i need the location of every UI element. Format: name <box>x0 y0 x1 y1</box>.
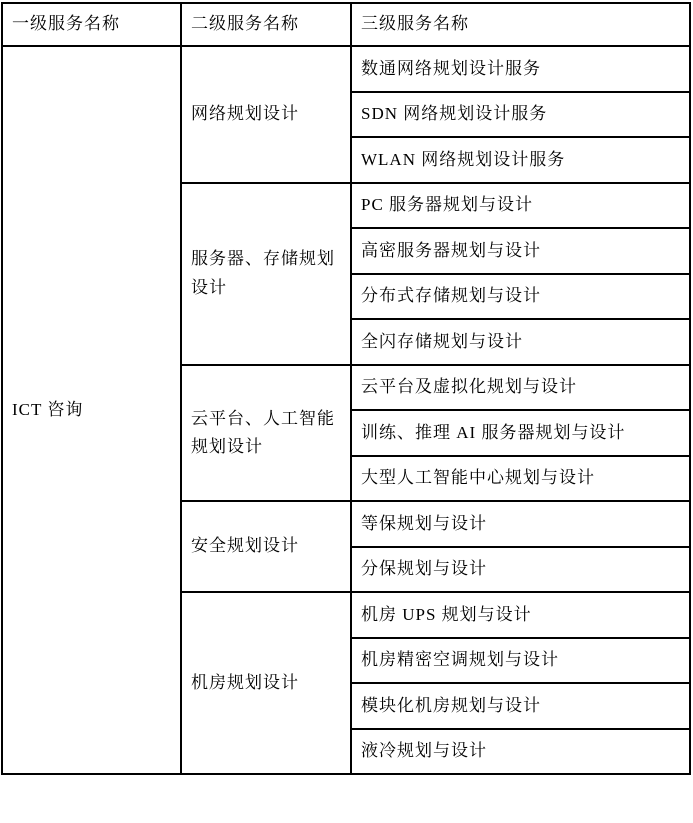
header-level2: 二级服务名称 <box>181 3 351 46</box>
header-level3: 三级服务名称 <box>351 3 690 46</box>
cell-level3-item: 全闪存储规划与设计 <box>351 319 690 365</box>
cell-level3-item: PC 服务器规划与设计 <box>351 183 690 229</box>
cell-level3-item: SDN 网络规划设计服务 <box>351 92 690 138</box>
table-row: ICT 咨询 网络规划设计 数通网络规划设计服务 <box>2 46 690 92</box>
cell-level2-group-1: 服务器、存储规划设计 <box>181 183 351 365</box>
cell-level2-group-0: 网络规划设计 <box>181 46 351 183</box>
header-row: 一级服务名称 二级服务名称 三级服务名称 <box>2 3 690 46</box>
cell-level2-group-2: 云平台、人工智能规划设计 <box>181 365 351 502</box>
cell-level2-group-4: 机房规划设计 <box>181 592 351 774</box>
cell-level3-item: WLAN 网络规划设计服务 <box>351 137 690 183</box>
header-level1: 一级服务名称 <box>2 3 181 46</box>
cell-level3-item: 分保规划与设计 <box>351 547 690 593</box>
cell-level3-item: 云平台及虚拟化规划与设计 <box>351 365 690 411</box>
cell-level3-item: 分布式存储规划与设计 <box>351 274 690 320</box>
service-catalog-table: 一级服务名称 二级服务名称 三级服务名称 ICT 咨询 网络规划设计 数通网络规… <box>1 2 691 775</box>
cell-level3-item: 等保规划与设计 <box>351 501 690 547</box>
cell-level1: ICT 咨询 <box>2 46 181 774</box>
cell-level3-item: 机房精密空调规划与设计 <box>351 638 690 684</box>
cell-level2-group-3: 安全规划设计 <box>181 501 351 592</box>
cell-level3-item: 液冷规划与设计 <box>351 729 690 775</box>
cell-level3-item: 训练、推理 AI 服务器规划与设计 <box>351 410 690 456</box>
cell-level3-item: 大型人工智能中心规划与设计 <box>351 456 690 502</box>
cell-level3-item: 机房 UPS 规划与设计 <box>351 592 690 638</box>
cell-level3-item: 高密服务器规划与设计 <box>351 228 690 274</box>
cell-level3-item: 模块化机房规划与设计 <box>351 683 690 729</box>
cell-level3-item: 数通网络规划设计服务 <box>351 46 690 92</box>
